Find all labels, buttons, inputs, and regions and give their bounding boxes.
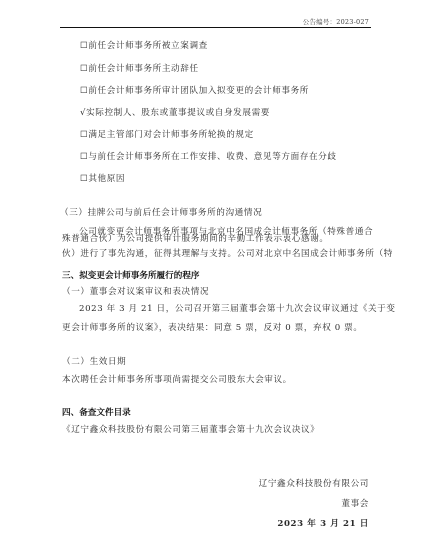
communication-heading: （三）挂牌公司与前后任会计师事务所的沟通情况 xyxy=(60,208,262,219)
reason-item: √实际控制人、股东或董事提议或自身发展需要 xyxy=(80,108,270,119)
reason-item: ☐前任会计师事务所审计团队加入拟变更的会计师事务所 xyxy=(80,86,309,97)
communication-paragraph-line: 伙）进行了事先沟通，征得其理解与支持。公司对北京中名国成会计师事务所（特 xyxy=(62,249,393,260)
header-rule xyxy=(60,27,371,28)
reason-item: ☐前任会计师事务所被立案调查 xyxy=(80,41,208,52)
announcement-number: 公告编号：2023-027 xyxy=(303,17,369,26)
section3-sub2-text: 本次聘任会计师事务所事项尚需提交公司股东大会审议。 xyxy=(62,375,292,386)
communication-paragraph-line: 殊普通合伙）为公司提供审计服务期间的辛勤工作表示衷心感谢。 xyxy=(62,234,329,245)
signature-company: 辽宁鑫众科技股份有限公司 xyxy=(259,479,369,490)
section3-sub1-line: 更会计师事务所的议案》，表决结果：同意 5 票，反对 0 票，弃权 0 票。 xyxy=(62,323,363,334)
reason-item: ☐前任会计师事务所主动辞任 xyxy=(80,64,199,75)
section4-heading: 四、备查文件目录 xyxy=(62,408,131,419)
section3-heading: 三、拟变更会计师事务所履行的程序 xyxy=(62,271,200,282)
reason-item: ☐满足主管部门对会计师事务所轮换的规定 xyxy=(80,130,254,141)
section3-sub1-line: 2023 年 3 月 21 日，公司召开第三届董事会第十九次会议审议通过《关于变 xyxy=(79,304,396,315)
section3-sub1-heading: （一）董事会对议案审议和表决情况 xyxy=(62,287,209,298)
section3-sub2-heading: （二）生效日期 xyxy=(62,357,126,368)
reason-item: ☐与前任会计师事务所在工作安排、收费、意见等方面存在分歧 xyxy=(80,152,337,163)
signature-date: 2023 年 3 月 21 日 xyxy=(277,519,369,530)
signature-board: 董事会 xyxy=(341,499,369,510)
reason-item: ☐其他原因 xyxy=(80,174,125,185)
section4-document: 《辽宁鑫众科技股份有限公司第三届董事会第十九次会议决议》 xyxy=(62,425,319,436)
